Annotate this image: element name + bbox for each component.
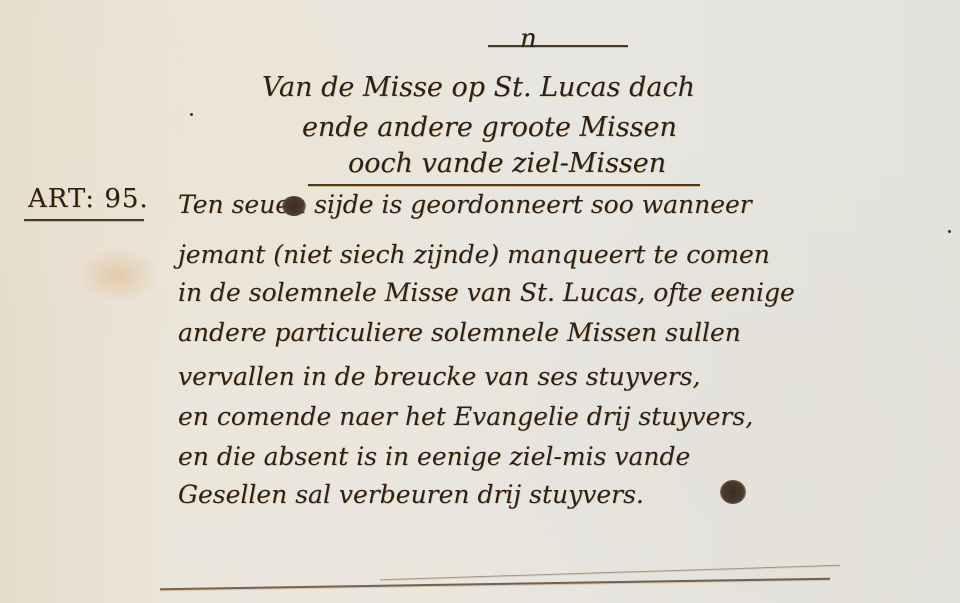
- article-line-6: en comende naer het Evangelie drij stuyv…: [178, 402, 753, 431]
- ink-blot: [720, 480, 746, 504]
- article-line-2: jemant (niet siech zijnde) manqueert te …: [178, 240, 770, 269]
- heading-line-2: ende andere groote Missen: [302, 112, 677, 143]
- article-label-underline: [24, 219, 144, 221]
- heading-line-3: ooch vande ziel-Missen: [348, 148, 666, 179]
- article-line-3: in de solemnele Misse van St. Lucas, oft…: [178, 278, 795, 307]
- folio-rule: [488, 45, 628, 47]
- article-line-7: en die absent is in eenige ziel-mis vand…: [178, 442, 690, 471]
- folio-mark: n: [520, 24, 539, 54]
- ink-blot: [282, 196, 306, 216]
- manuscript-page: n Van de Misse op St. Lucas dach ende an…: [0, 0, 960, 603]
- article-line-5: vervallen in de breucke van ses stuyvers…: [178, 362, 701, 391]
- closing-rule: [160, 578, 830, 591]
- paper-speck: [190, 113, 193, 116]
- heading-line-1: Van de Misse op St. Lucas dach: [262, 72, 695, 103]
- article-line-4: andere particuliere solemnele Missen sul…: [178, 318, 741, 347]
- article-line-1: Ten seuen sijde is geordonneert soo wann…: [178, 190, 752, 219]
- paper-speck: [948, 230, 951, 233]
- article-line-8: Gesellen sal verbeuren drij stuyvers.: [178, 480, 644, 509]
- heading-underline: [308, 184, 700, 186]
- article-label: ART: 95.: [28, 184, 149, 214]
